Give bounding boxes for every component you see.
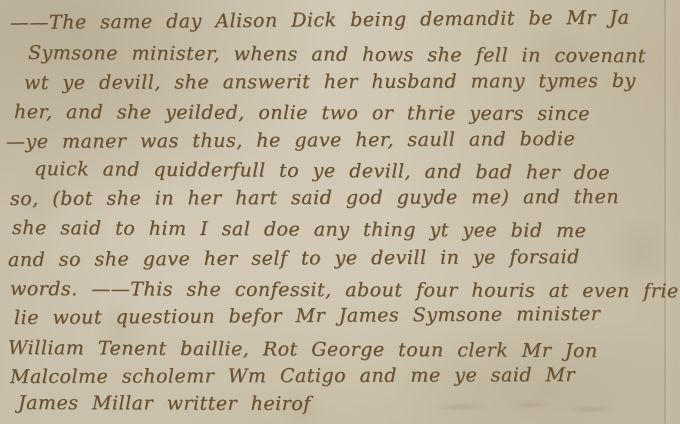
manuscript-line-2: Symsone minister, whens and hows she fel… <box>28 42 646 67</box>
manuscript-line-8: she said to him I sal doe any thing yt y… <box>12 217 586 242</box>
manuscript-line-3: wt ye devill, she answerit her husband m… <box>24 70 636 94</box>
manuscript-line-11: lie wout questioun befor Mr James Symson… <box>14 303 600 329</box>
manuscript-line-14: James Millar writter heirof <box>18 392 311 415</box>
manuscript-line-5: —ye maner was thus, he gave her, saull a… <box>6 128 575 153</box>
manuscript-line-10: words. ——This she confessit, about four … <box>10 278 679 302</box>
manuscript-line-4: her, and she yeilded, onlie two or thrie… <box>14 101 590 125</box>
manuscript-line-7: so, (bot she in her hart said god guyde … <box>10 186 619 210</box>
page-edge-crease <box>664 0 666 424</box>
manuscript-line-13: Malcolme scholemr Wm Catigo and me ye sa… <box>10 364 575 388</box>
manuscript-line-1: ——The same day Alison Dick being demandi… <box>10 7 630 34</box>
manuscript-line-12: William Tenent baillie, Rot George toun … <box>8 337 598 362</box>
manuscript-line-9: and so she gave her self to ye devill in… <box>8 246 580 271</box>
manuscript-line-6: quick and quidderfull to ye devill, and … <box>34 158 610 184</box>
manuscript-page: ——The same day Alison Dick being demandi… <box>0 0 680 424</box>
ink-showthrough-stain <box>420 396 620 418</box>
